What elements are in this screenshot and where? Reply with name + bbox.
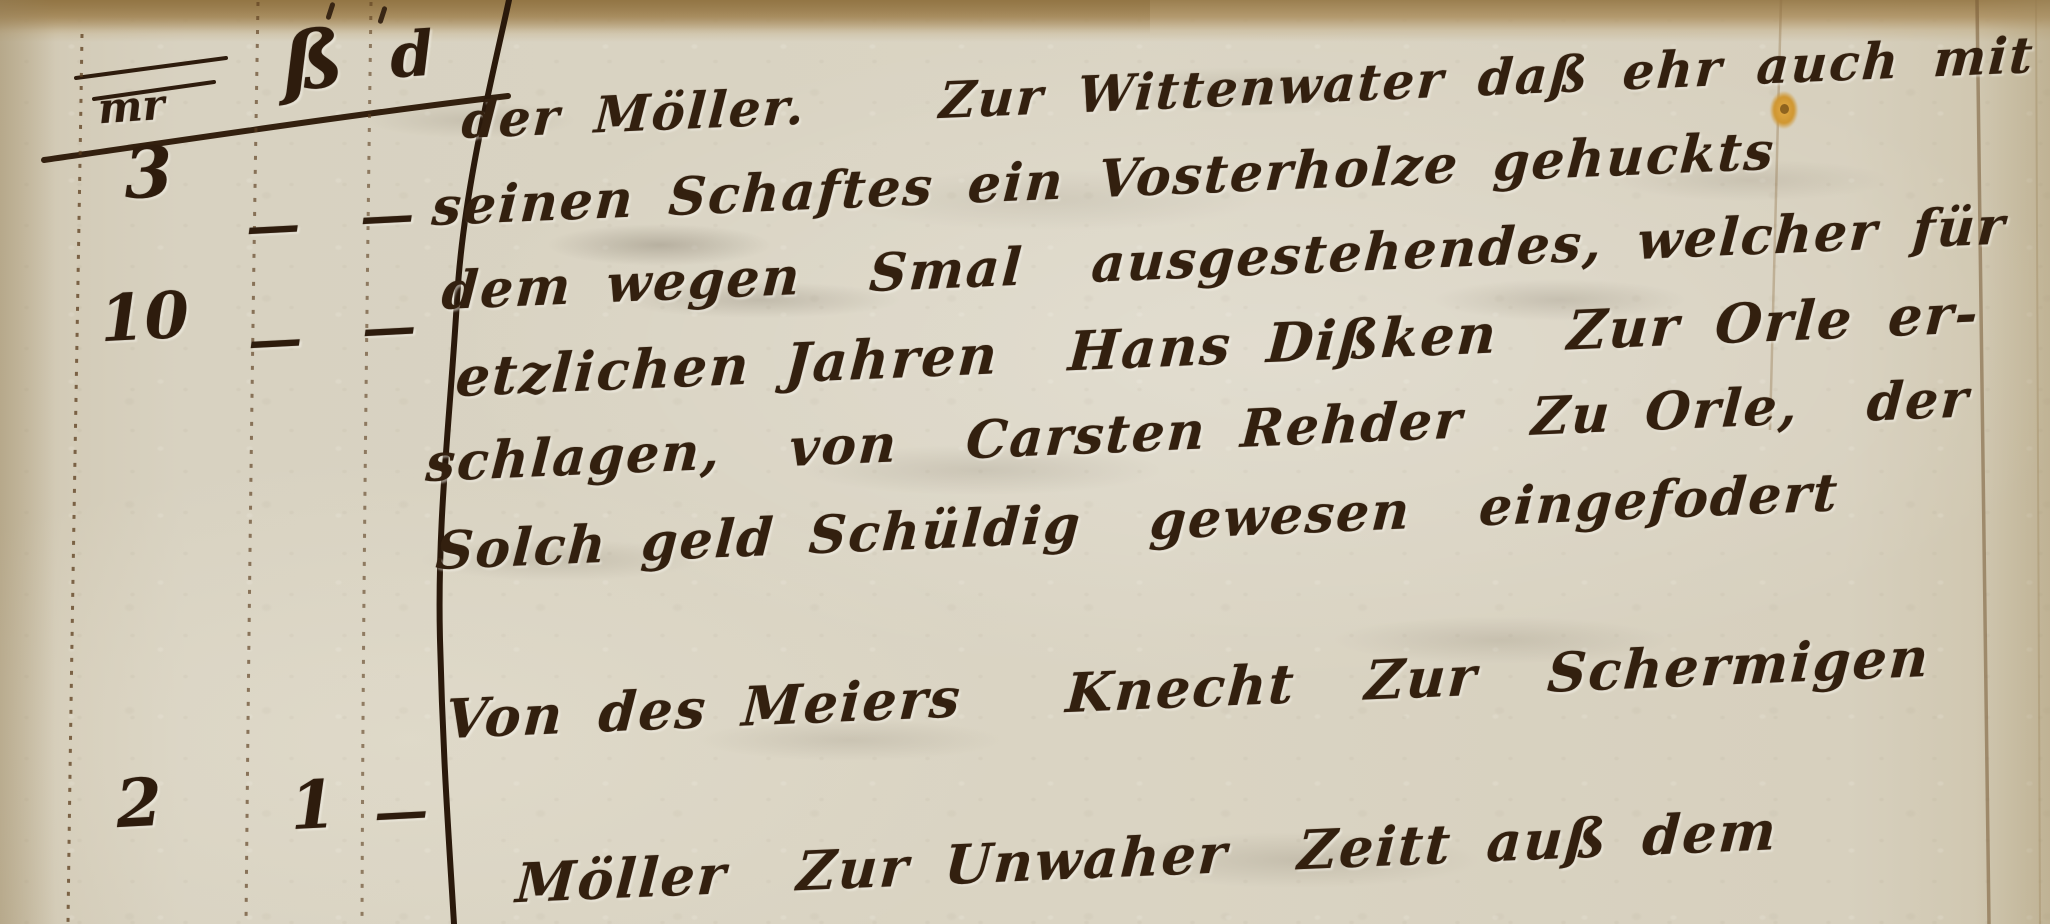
handwriting-line-1: der Möller. Zur Wittenwater daß ehr auch… <box>460 30 2036 146</box>
ledger-row3-schilling: 1 <box>288 771 337 839</box>
handwriting-line-8: Möller Zur Unwaher Zeitt auß dem <box>514 803 1779 910</box>
dotted-rule-3 <box>362 2 371 924</box>
ledger-header-mark: mr <box>97 84 166 131</box>
manuscript-page: mr ß d 3 — — 10 — — 2 1 — der Möller. Zu… <box>0 0 2050 924</box>
ledger-row3-pfennig: — <box>373 783 430 840</box>
ledger-row2-schilling: — <box>247 311 304 368</box>
page-top-edge-shadow <box>0 0 1150 34</box>
paper-crease-3 <box>2036 0 2040 924</box>
ledger-row3-mark: 2 <box>114 769 163 837</box>
ledger-row1-schilling: — <box>245 197 302 254</box>
wax-stain-spot <box>1780 104 1789 114</box>
ledger-row2-pfennig: — <box>361 299 418 356</box>
ledger-header-schilling: ß <box>279 18 345 102</box>
handwriting-line-7: Von des Meiers Knecht Zur Schermigen <box>444 630 1932 746</box>
dotted-rule-2 <box>246 2 258 924</box>
paper-crease-2 <box>1977 0 1989 924</box>
page-right-edge <box>1975 0 2050 924</box>
ditto-mark-2 <box>377 6 387 25</box>
dotted-rule-1 <box>68 34 82 924</box>
ledger-row1-mark: 3 <box>122 137 174 209</box>
mr-overline-1 <box>76 58 226 78</box>
ledger-row2-mark: 10 <box>98 284 190 353</box>
ledger-header-pfennig: d <box>388 23 436 88</box>
ledger-row1-pfennig: — <box>359 187 416 244</box>
page-left-edge <box>0 0 55 924</box>
